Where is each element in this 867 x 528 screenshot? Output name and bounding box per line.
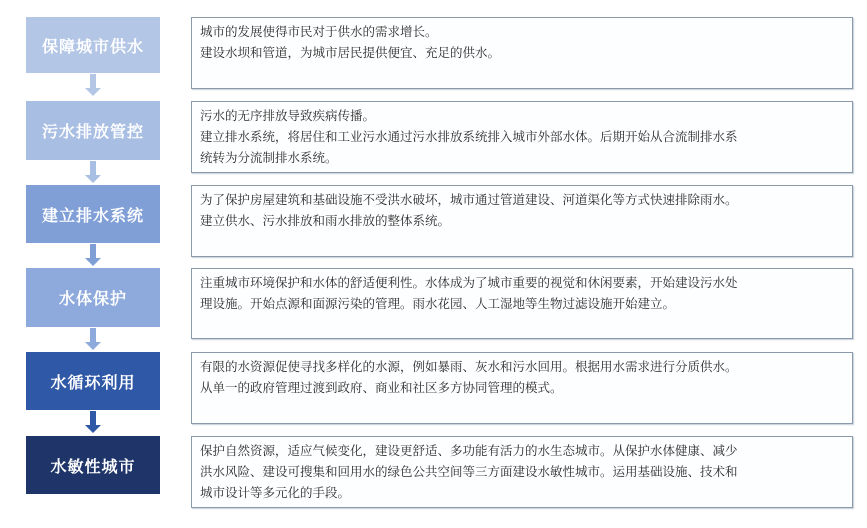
- stage-box: 水敏性城市: [26, 436, 160, 494]
- description-line: 建立排水系统，将居住和工业污水通过污水排放系统排入城市外部水体。后期开始从合流制…: [200, 126, 844, 147]
- description-line: 城市设计等多元化的手段。: [200, 482, 844, 503]
- description-line: 理设施。开始点源和面源污染的管理。雨水花园、人工湿地等生物过滤设施开始建立。: [200, 293, 844, 314]
- stage-description: 保护自然资源，适应气候变化，建设更舒适、多功能有活力的水生态城市。从保护水体健康…: [191, 436, 853, 508]
- stage-description: 有限的水资源促使寻找多样化的水源，例如暴雨、灰水和污水回用。根据用水需求进行分质…: [191, 352, 853, 424]
- description-line: 为了保护房屋建筑和基础设施不受洪水破坏，城市通过管道建设、河道渠化等方式快速排除…: [200, 189, 844, 210]
- down-arrow-icon: [86, 244, 100, 266]
- stage-box: 污水排放管控: [26, 101, 160, 160]
- stage-description: 污水的无序排放导致疾病传播。建立排水系统，将居住和工业污水通过污水排放系统排入城…: [191, 101, 853, 173]
- description-line: 从单一的政府管理过渡到政府、商业和社区多方协同管理的模式。: [200, 377, 844, 398]
- description-line: 注重城市环境保护和水体的舒适便利性。水体成为了城市重要的视觉和休闲要素，开始建设…: [200, 272, 844, 293]
- down-arrow-icon: [86, 74, 100, 96]
- down-arrow-icon: [86, 328, 100, 350]
- stage-description: 为了保护房屋建筑和基础设施不受洪水破坏，城市通过管道建设、河道渠化等方式快速排除…: [191, 185, 853, 257]
- stage-box: 水体保护: [26, 268, 160, 327]
- description-line: 保护自然资源，适应气候变化，建设更舒适、多功能有活力的水生态城市。从保护水体健康…: [200, 440, 844, 461]
- description-line: 统转为分流制排水系统。: [200, 147, 844, 168]
- description-line: 洪水风险、建设可搜集和回用水的绿色公共空间等三方面建设水敏性城市。运用基础设施、…: [200, 461, 844, 482]
- down-arrow-icon: [86, 411, 100, 433]
- stage-description: 注重城市环境保护和水体的舒适便利性。水体成为了城市重要的视觉和休闲要素，开始建设…: [191, 268, 853, 339]
- stage-description: 城市的发展使得市民对于供水的需求增长。建设水坝和管道，为城市居民提供便宜、充足的…: [191, 17, 853, 89]
- stage-box: 保障城市供水: [26, 17, 160, 73]
- stage-box: 建立排水系统: [26, 185, 160, 243]
- down-arrow-icon: [86, 161, 100, 183]
- description-line: 建设水坝和管道，为城市居民提供便宜、充足的供水。: [200, 42, 844, 63]
- description-line: 污水的无序排放导致疾病传播。: [200, 105, 844, 126]
- description-line: 有限的水资源促使寻找多样化的水源，例如暴雨、灰水和污水回用。根据用水需求进行分质…: [200, 356, 844, 377]
- description-line: 城市的发展使得市民对于供水的需求增长。: [200, 21, 844, 42]
- description-line: 建立供水、污水排放和雨水排放的整体系统。: [200, 210, 844, 231]
- stage-box: 水循环利用: [26, 352, 160, 410]
